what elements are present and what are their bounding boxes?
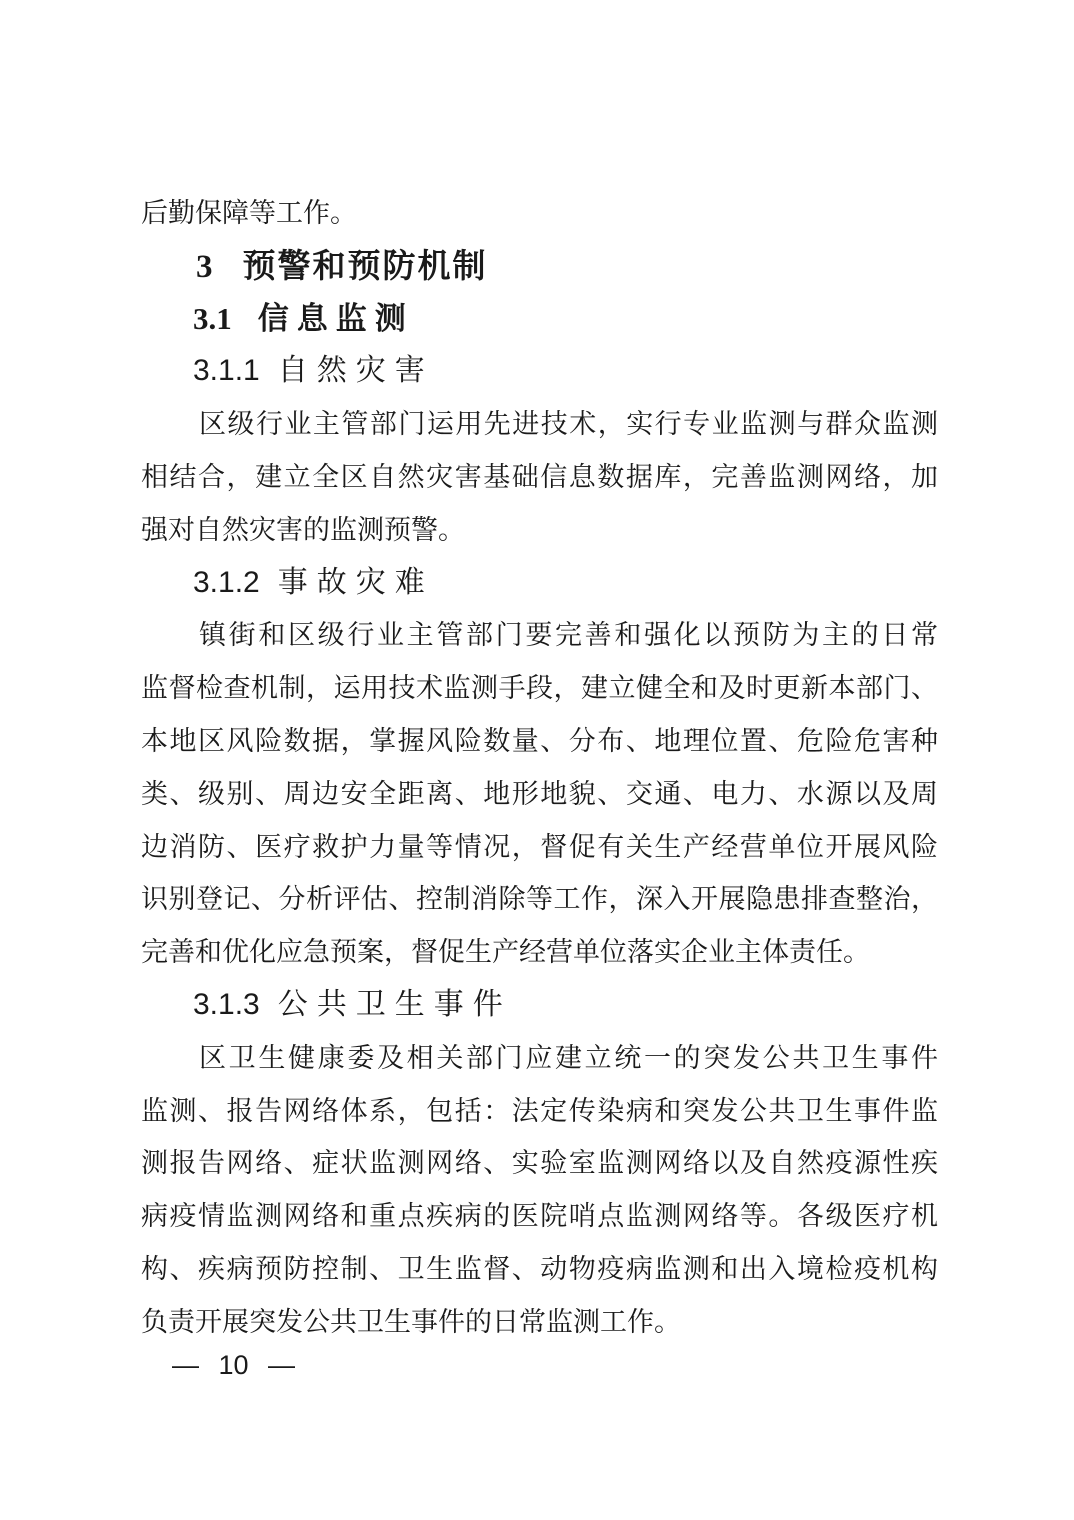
paragraph-line: 区卫生健康委及相关部门应建立统一的突发公共卫生事件 [141, 1032, 938, 1085]
subsection-heading: 3.1信息监测 [141, 293, 938, 346]
clause-heading-3-1-1: 3.1.1自然灾害 [141, 345, 938, 398]
clause-number: 3.1.1 [193, 354, 260, 387]
paragraph-line: 监测、报告网络体系，包括：法定传染病和突发公共卫生事件监 [141, 1085, 938, 1138]
paragraph-line: 监督检查机制，运用技术监测手段，建立健全和及时更新本部门、 [141, 662, 938, 715]
paragraph-line: 病疫情监测网络和重点疾病的医院哨点监测网络等。各级医疗机 [141, 1190, 938, 1243]
paragraph-line: 完善和优化应急预案，督促生产经营单位落实企业主体责任。 [141, 926, 938, 979]
clause-title: 自然灾害 [278, 354, 434, 387]
page-number: — 10 — [172, 1350, 295, 1381]
section-title: 预警和预防机制 [243, 247, 488, 284]
paragraph-line: 镇街和区级行业主管部门要完善和强化以预防为主的日常 [141, 609, 938, 662]
clause-title: 公共卫生事件 [278, 988, 512, 1021]
paragraph-line: 强对自然灾害的监测预警。 [141, 504, 938, 557]
paragraph-line: 类、级别、周边安全距离、地形地貌、交通、电力、水源以及周 [141, 768, 938, 821]
section-number: 3 [196, 249, 213, 285]
paragraph-line: 边消防、医疗救护力量等情况，督促有关生产经营单位开展风险 [141, 821, 938, 874]
paragraph-line: 相结合，建立全区自然灾害基础信息数据库，完善监测网络，加 [141, 451, 938, 504]
paragraph-line: 测报告网络、症状监测网络、实验室监测网络以及自然疫源性疾 [141, 1137, 938, 1190]
clause-title: 事故灾难 [278, 566, 434, 599]
paragraph-line: 负责开展突发公共卫生事件的日常监测工作。 [141, 1296, 938, 1349]
page-content: 后勤保障等工作。 3预警和预防机制 3.1信息监测 3.1.1自然灾害 区级行业… [141, 187, 938, 1349]
document-page: 后勤保障等工作。 3预警和预防机制 3.1信息监测 3.1.1自然灾害 区级行业… [0, 0, 1074, 1520]
subsection-number: 3.1 [193, 301, 232, 336]
clause-heading-3-1-2: 3.1.2事故灾难 [141, 557, 938, 610]
clause-number: 3.1.2 [193, 566, 260, 599]
paragraph-line: 区级行业主管部门运用先进技术，实行专业监测与群众监测 [141, 398, 938, 451]
section-heading: 3预警和预防机制 [141, 240, 938, 293]
subsection-title: 信息监测 [258, 301, 414, 336]
clause-heading-3-1-3: 3.1.3公共卫生事件 [141, 979, 938, 1032]
paragraph-line: 本地区风险数据，掌握风险数量、分布、地理位置、危险危害种 [141, 715, 938, 768]
paragraph-line: 识别登记、分析评估、控制消除等工作，深入开展隐患排查整治， [141, 873, 938, 926]
clause-number: 3.1.3 [193, 988, 260, 1021]
paragraph-line: 构、疾病预防控制、卫生监督、动物疫病监测和出入境检疫机构 [141, 1243, 938, 1296]
paragraph-continuation-line: 后勤保障等工作。 [141, 187, 938, 240]
